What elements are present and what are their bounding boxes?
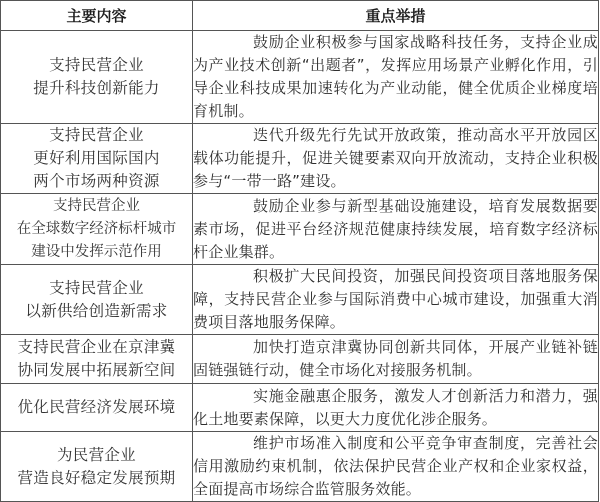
content-line: 提升科技创新能力 [1, 77, 192, 100]
main-content-cell: 为民营企业 营造良好稳定发展预期 [1, 432, 193, 499]
content-line: 为民营企业 [1, 444, 192, 467]
table-row: 支持民营企业 更好利用国际国内 两个市场两种资源 迭代升级先行先试开放政策，推动… [1, 124, 599, 194]
main-content-cell: 支持民营企业 以新供给创造新需求 [1, 265, 193, 335]
measures-cell: 加快打造京津冀协同创新共同体，开展产业链补链固链强链行动，健全市场化对接服务机制… [193, 335, 599, 384]
measures-cell: 积极扩大民间投资，加强民间投资项目落地服务保障，支持民营企业参与国际消费中心城市… [193, 265, 599, 335]
measures-cell: 鼓励企业积极参与国家战略科技任务，支持企业成为产业技术创新“出题者”，发挥应用场… [193, 31, 599, 124]
table-row: 优化民营经济发展环境 实施金融惠企服务，激发人才创新活力和潜力，强化土地要素保障… [1, 384, 599, 432]
policy-measures-table: 主要内容 重点举措 支持民营企业 提升科技创新能力 鼓励企业积极参与国家战略科技… [0, 0, 599, 498]
content-line: 优化民营经济发展环境 [1, 396, 192, 419]
measures-cell: 维护市场准入制度和公平竞争审查制度，完善社会信用激励约束机制，依法保护民营企业产… [193, 432, 599, 499]
content-line: 建设中发挥示范作用 [1, 241, 192, 264]
main-content-cell: 支持民营企业在京津冀 协同发展中拓展新空间 [1, 335, 193, 384]
measures-cell: 迭代升级先行先试开放政策，推动高水平开放园区载体功能提升，促进关键要素双向开放流… [193, 124, 599, 194]
content-line: 支持民营企业 [1, 124, 192, 147]
content-line: 协同发展中拓展新空间 [1, 359, 192, 382]
table-row: 为民营企业 营造良好稳定发展预期 维护市场准入制度和公平竞争审查制度，完善社会信… [1, 432, 599, 499]
measures-cell: 实施金融惠企服务，激发人才创新活力和潜力，强化土地要素保障，以更大力度优化涉企服… [193, 384, 599, 432]
table-row: 支持民营企业在京津冀 协同发展中拓展新空间 加快打造京津冀协同创新共同体，开展产… [1, 335, 599, 384]
table-row: 支持民营企业 提升科技创新能力 鼓励企业积极参与国家战略科技任务，支持企业成为产… [1, 31, 599, 124]
table-row: 支持民营企业 在全球数字经济标杆城市 建设中发挥示范作用 鼓励企业参与新型基础设… [1, 194, 599, 265]
content-line: 两个市场两种资源 [1, 170, 192, 193]
main-content-cell: 支持民营企业 更好利用国际国内 两个市场两种资源 [1, 124, 193, 194]
content-line: 以新供给创造新需求 [1, 300, 192, 323]
content-line: 支持民营企业 [1, 195, 192, 218]
content-line: 在全球数字经济标杆城市 [1, 218, 192, 241]
content-line: 支持民营企业 [1, 54, 192, 77]
header-main-content: 主要内容 [1, 1, 193, 31]
content-line: 支持民营企业 [1, 277, 192, 300]
table-header-row: 主要内容 重点举措 [1, 1, 599, 31]
main-content-cell: 支持民营企业 提升科技创新能力 [1, 31, 193, 124]
content-line: 更好利用国际国内 [1, 147, 192, 170]
measures-cell: 鼓励企业参与新型基础设施建设，培育发展数据要素市场，促进平台经济规范健康持续发展… [193, 194, 599, 265]
table-row: 支持民营企业 以新供给创造新需求 积极扩大民间投资，加强民间投资项目落地服务保障… [1, 265, 599, 335]
main-content-cell: 支持民营企业 在全球数字经济标杆城市 建设中发挥示范作用 [1, 194, 193, 265]
header-key-measures: 重点举措 [193, 1, 599, 31]
main-content-cell: 优化民营经济发展环境 [1, 384, 193, 432]
content-line: 营造良好稳定发展预期 [1, 467, 192, 490]
content-line: 支持民营企业在京津冀 [1, 336, 192, 359]
